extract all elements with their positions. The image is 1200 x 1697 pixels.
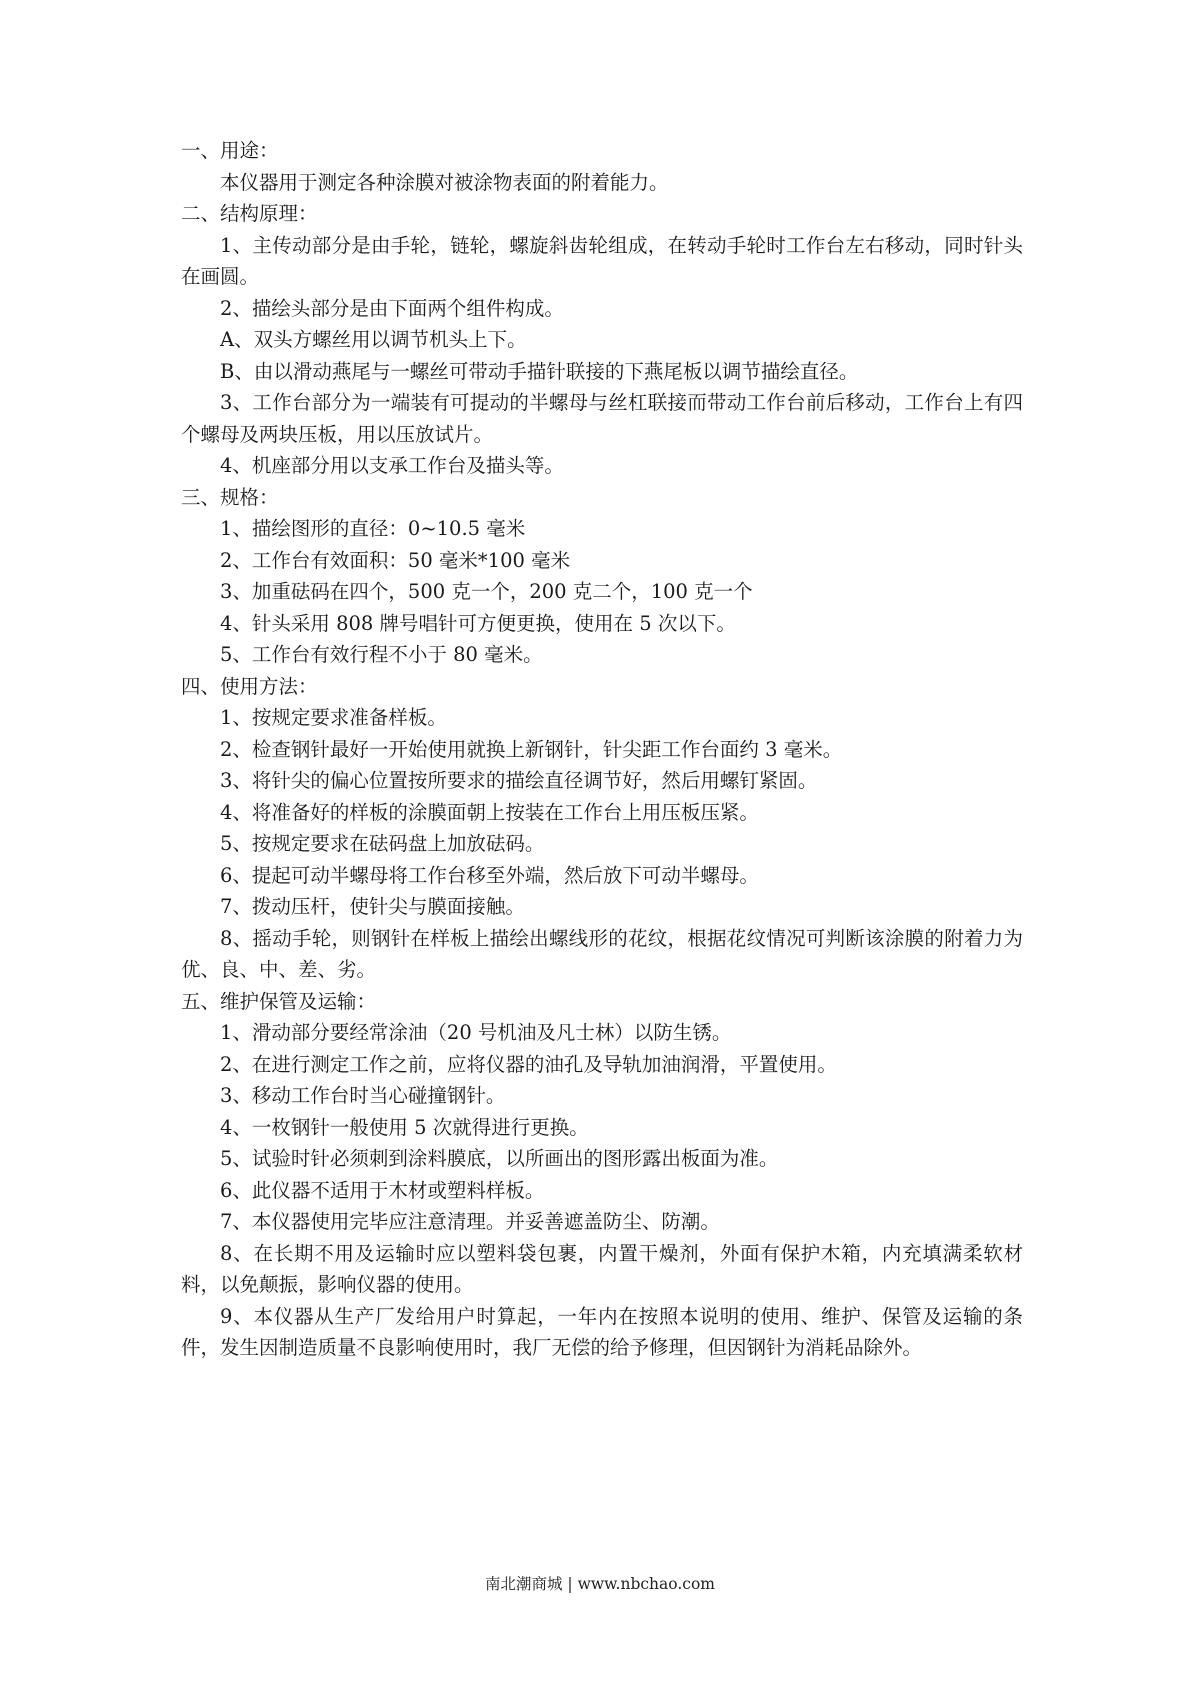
paragraph: 2、检查钢针最好一开始使用就换上新钢针，针尖距工作台面约 3 毫米。: [181, 734, 1023, 766]
paragraph: 6、此仪器不适用于木材或塑料样板。: [181, 1175, 1023, 1207]
paragraph: 6、提起可动半螺母将工作台移至外端，然后放下可动半螺母。: [181, 860, 1023, 892]
paragraph: 4、机座部分用以支承工作台及描头等。: [181, 450, 1023, 482]
paragraph: A、双头方螺丝用以调节机头上下。: [181, 324, 1023, 356]
paragraph: 2、工作台有效面积：50 毫米*100 毫米: [181, 545, 1023, 577]
paragraph: 4、将准备好的样板的涂膜面朝上按装在工作台上用压板压紧。: [181, 797, 1023, 829]
paragraph: 2、在进行测定工作之前，应将仪器的油孔及导轨加油润滑，平置使用。: [181, 1049, 1023, 1081]
paragraph: 3、移动工作台时当心碰撞钢针。: [181, 1080, 1023, 1112]
page-footer: 南北潮商城 | www.nbchao.com: [0, 1572, 1200, 1594]
paragraph: 2、描绘头部分是由下面两个组件构成。: [181, 293, 1023, 325]
section-structure-principle: 二、结构原理： 1、主传动部分是由手轮，链轮，螺旋斜齿轮组成，在转动手轮时工作台…: [181, 198, 1023, 482]
paragraph: 4、针头采用 808 牌号唱针可方便更换，使用在 5 次以下。: [181, 608, 1023, 640]
document-body: 一、用途： 本仪器用于测定各种涂膜对被涂物表面的附着能力。 二、结构原理： 1、…: [181, 135, 1023, 1364]
section-specifications: 三、规格： 1、描绘图形的直径：0~10.5 毫米 2、工作台有效面积：50 毫…: [181, 482, 1023, 671]
section-maintenance-transport: 五、维护保管及运输： 1、滑动部分要经常涂油（20 号机油及凡士林）以防生锈。 …: [181, 986, 1023, 1364]
paragraph: 9、本仪器从生产厂发给用户时算起，一年内在按照本说明的使用、维护、保管及运输的条…: [181, 1301, 1023, 1364]
section-heading: 一、用途：: [181, 135, 1023, 167]
paragraph: 本仪器用于测定各种涂膜对被涂物表面的附着能力。: [181, 167, 1023, 199]
paragraph: 1、滑动部分要经常涂油（20 号机油及凡士林）以防生锈。: [181, 1017, 1023, 1049]
paragraph: 5、试验时针必须刺到涂料膜底，以所画出的图形露出板面为准。: [181, 1143, 1023, 1175]
section-usage-method: 四、使用方法： 1、按规定要求准备样板。 2、检查钢针最好一开始使用就换上新钢针…: [181, 671, 1023, 986]
paragraph: 7、拨动压杆，使针尖与膜面接触。: [181, 891, 1023, 923]
section-heading: 二、结构原理：: [181, 198, 1023, 230]
paragraph: 8、在长期不用及运输时应以塑料袋包裹，内置干燥剂，外面有保护木箱，内充填满柔软材…: [181, 1238, 1023, 1301]
paragraph: 1、描绘图形的直径：0~10.5 毫米: [181, 513, 1023, 545]
paragraph: 1、按规定要求准备样板。: [181, 702, 1023, 734]
section-heading: 三、规格：: [181, 482, 1023, 514]
paragraph: 1、主传动部分是由手轮，链轮，螺旋斜齿轮组成，在转动手轮时工作台左右移动，同时针…: [181, 230, 1023, 293]
paragraph: 5、按规定要求在砝码盘上加放砝码。: [181, 828, 1023, 860]
paragraph: 3、加重砝码在四个，500 克一个，200 克二个，100 克一个: [181, 576, 1023, 608]
section-usage: 一、用途： 本仪器用于测定各种涂膜对被涂物表面的附着能力。: [181, 135, 1023, 198]
paragraph: 3、将针尖的偏心位置按所要求的描绘直径调节好，然后用螺钉紧固。: [181, 765, 1023, 797]
paragraph: 7、本仪器使用完毕应注意清理。并妥善遮盖防尘、防潮。: [181, 1206, 1023, 1238]
paragraph: B、由以滑动燕尾与一螺丝可带动手描针联接的下燕尾板以调节描绘直径。: [181, 356, 1023, 388]
section-heading: 五、维护保管及运输：: [181, 986, 1023, 1018]
paragraph: 3、工作台部分为一端装有可提动的半螺母与丝杠联接而带动工作台前后移动，工作台上有…: [181, 387, 1023, 450]
paragraph: 4、一枚钢针一般使用 5 次就得进行更换。: [181, 1112, 1023, 1144]
paragraph: 5、工作台有效行程不小于 80 毫米。: [181, 639, 1023, 671]
paragraph: 8、摇动手轮，则钢针在样板上描绘出螺线形的花纹，根据花纹情况可判断该涂膜的附着力…: [181, 923, 1023, 986]
section-heading: 四、使用方法：: [181, 671, 1023, 703]
